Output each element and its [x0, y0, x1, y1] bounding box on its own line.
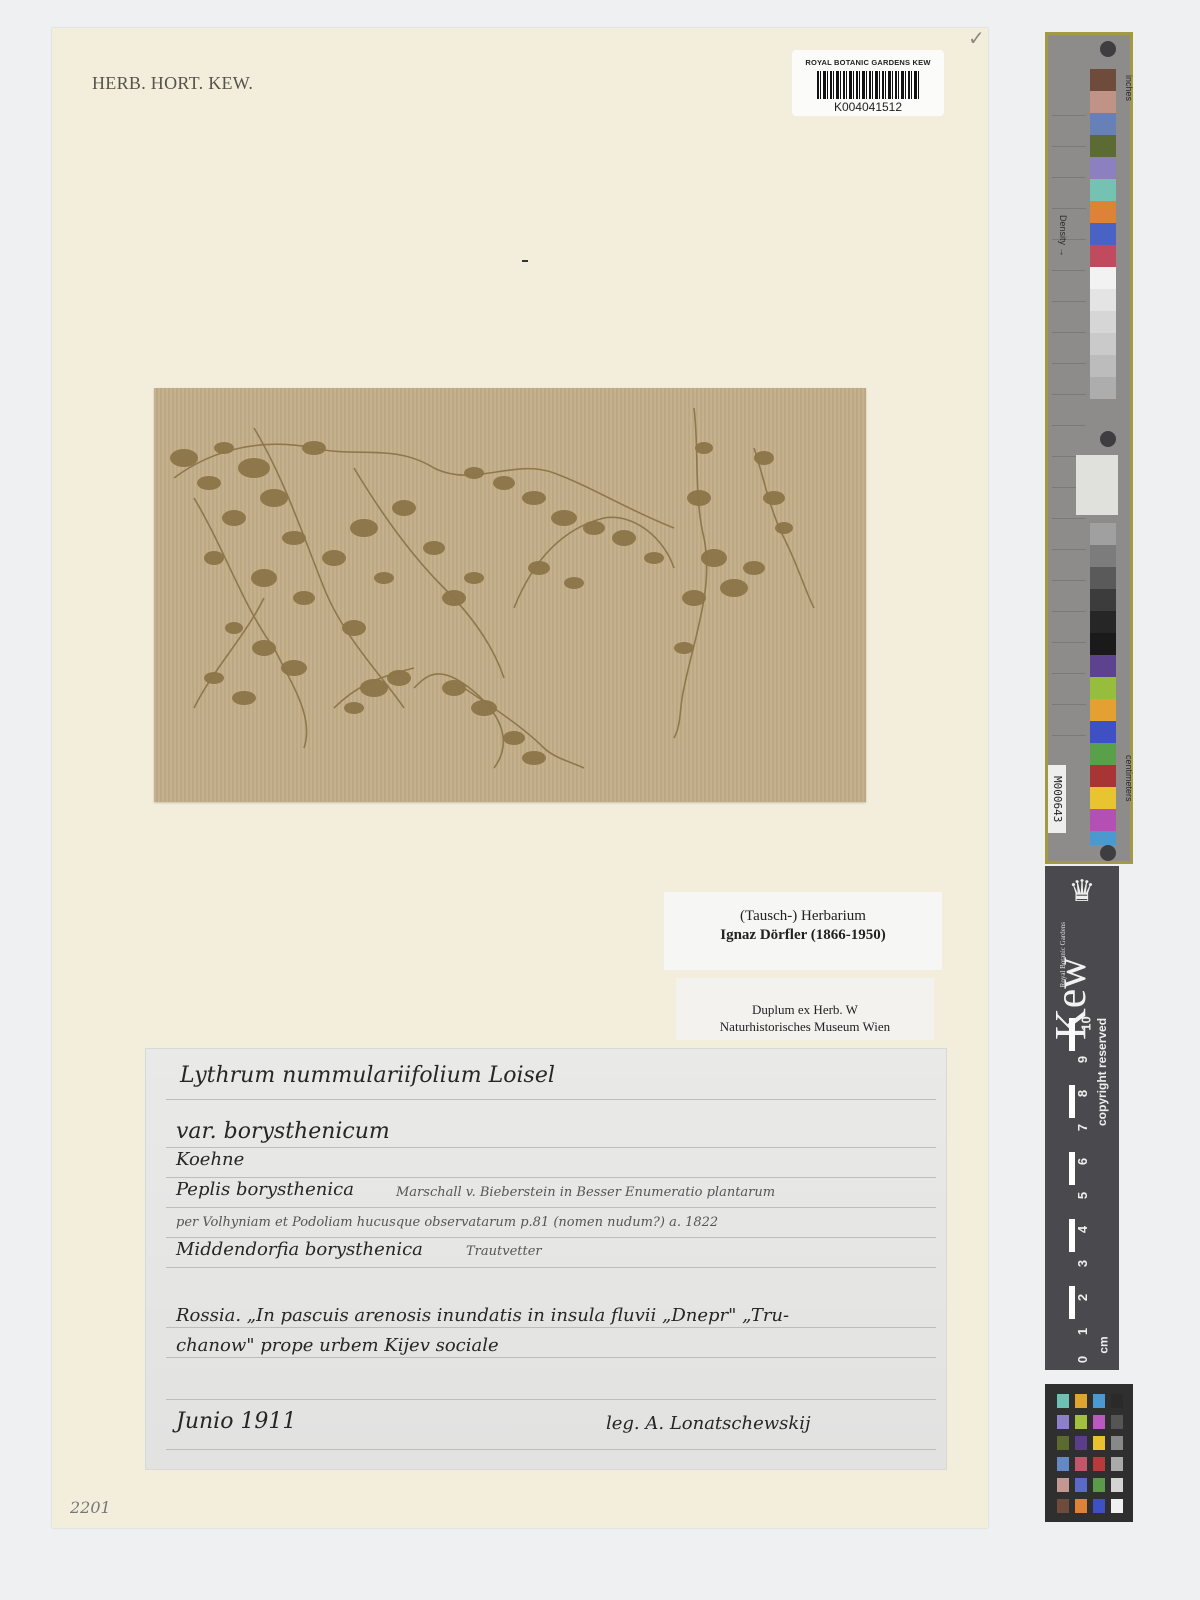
color-swatch	[1090, 113, 1116, 135]
copyright-text: copyright reserved	[1095, 996, 1109, 1126]
scale-hole-middle	[1100, 431, 1116, 447]
checker-swatch	[1111, 1415, 1123, 1429]
ruler-tick-7: 7	[1075, 1124, 1090, 1131]
gray-swatch	[1090, 589, 1116, 611]
checker-swatch	[1075, 1499, 1087, 1513]
synonym-1-citation-cont: per Volhyniam et Podoliam hucusque obser…	[176, 1215, 718, 1230]
resolution-target	[1076, 455, 1118, 515]
pencil-mark	[522, 260, 528, 262]
gray-swatch	[1090, 311, 1116, 333]
gray-swatch	[1090, 611, 1116, 633]
color-swatch	[1090, 699, 1116, 721]
synonym-2-author: Trautvetter	[466, 1244, 542, 1259]
ruled-line	[166, 1207, 936, 1208]
ruler-bar	[1069, 1152, 1075, 1185]
ruler-bar	[1069, 1219, 1075, 1252]
checker-swatch	[1111, 1394, 1123, 1408]
checkmark-icon: ✓	[968, 26, 985, 50]
color-swatch	[1090, 787, 1116, 809]
ruler-tick-6: 6	[1075, 1158, 1090, 1165]
scale-gridlines	[1052, 85, 1086, 765]
scale-code: M000643	[1048, 765, 1066, 833]
checker-swatch	[1075, 1436, 1087, 1450]
color-swatch	[1090, 677, 1116, 699]
ruled-line	[166, 1357, 936, 1358]
ruled-line	[166, 1449, 936, 1450]
gray-swatch	[1090, 633, 1116, 655]
barcode-number: K004041512	[792, 100, 944, 114]
herbarium-header: HERB. HORT. KEW.	[92, 73, 253, 94]
density-label: Density →	[1058, 215, 1068, 257]
ruler-bar	[1069, 1018, 1075, 1051]
ruler-bar	[1069, 1286, 1075, 1319]
scale-hole-bottom	[1100, 845, 1116, 861]
collection-date: Junio 1911	[176, 1409, 296, 1434]
color-swatch	[1090, 245, 1116, 267]
locality-line1: Rossia. „In pascuis arenosis inundatis i…	[176, 1305, 789, 1326]
tausch-herbarium-label: (Tausch-) Herbarium Ignaz Dörfler (1866-…	[664, 892, 942, 970]
ruled-line	[166, 1237, 936, 1238]
ruler-tick-0: 0	[1075, 1356, 1090, 1363]
color-swatch	[1090, 179, 1116, 201]
ruled-line	[166, 1147, 936, 1148]
ruler-tick-5: 5	[1075, 1192, 1090, 1199]
ruler-tick-8: 8	[1075, 1090, 1090, 1097]
taxon-name: Lythrum nummulariifolium Loisel	[180, 1063, 555, 1088]
ruler-tick-4: 4	[1075, 1226, 1090, 1233]
gray-swatch	[1090, 289, 1116, 311]
color-checker	[1045, 1384, 1133, 1522]
duplum-label-line1: Duplum ex Herb. W	[676, 1002, 934, 1018]
ruler-tick-9: 9	[1075, 1056, 1090, 1063]
checker-swatch	[1093, 1457, 1105, 1471]
scale-hole-top	[1100, 41, 1116, 57]
checker-swatch	[1075, 1394, 1087, 1408]
gray-swatch	[1090, 567, 1116, 589]
color-swatch	[1090, 157, 1116, 179]
checker-swatch	[1057, 1394, 1069, 1408]
checker-swatch	[1093, 1415, 1105, 1429]
handwritten-determination-label: Lythrum nummulariifolium Loisel var. bor…	[145, 1048, 947, 1470]
ruler-tick-2: 2	[1075, 1294, 1090, 1301]
checker-swatch	[1111, 1436, 1123, 1450]
ruled-line	[166, 1267, 936, 1268]
accession-number: 2201	[70, 1498, 111, 1517]
variety-name: var. borysthenicum	[176, 1119, 390, 1144]
checker-swatch	[1057, 1436, 1069, 1450]
collector: leg. A. Lonatschewskij	[606, 1413, 811, 1434]
inches-label: inches	[1124, 75, 1134, 101]
checker-swatch	[1057, 1457, 1069, 1471]
ruler-tick-3: 3	[1075, 1260, 1090, 1267]
tausch-label-line1: (Tausch-) Herbarium	[664, 908, 942, 925]
gray-swatch	[1090, 333, 1116, 355]
ruler-bar	[1069, 1085, 1075, 1118]
ruled-line	[166, 1177, 936, 1178]
color-swatch	[1090, 721, 1116, 743]
specimen-card	[154, 388, 866, 802]
royal-crest-icon: ♛	[1059, 872, 1105, 912]
color-swatch	[1090, 743, 1116, 765]
ruled-line	[166, 1399, 936, 1400]
color-swatch	[1090, 201, 1116, 223]
checker-swatch	[1075, 1457, 1087, 1471]
gray-swatch	[1090, 545, 1116, 567]
tausch-label-line2: Ignaz Dörfler (1866-1950)	[664, 927, 942, 944]
checker-swatch	[1075, 1415, 1087, 1429]
locality-line2: chanow" prope urbem Kijev sociale	[176, 1335, 499, 1356]
ruler-tick-10: 10	[1079, 1016, 1094, 1030]
color-swatch	[1090, 765, 1116, 787]
checker-swatch	[1057, 1499, 1069, 1513]
gray-swatch	[1090, 377, 1116, 399]
checker-swatch	[1093, 1499, 1105, 1513]
color-swatch	[1090, 809, 1116, 831]
checker-swatch	[1111, 1499, 1123, 1513]
dried-plant-specimen	[154, 388, 866, 802]
checker-swatch	[1093, 1394, 1105, 1408]
synonym-1-citation: Marschall v. Bieberstein in Besser Enume…	[396, 1185, 775, 1200]
color-swatch	[1090, 831, 1116, 845]
barcode-organization: ROYAL BOTANIC GARDENS KEW	[792, 58, 944, 67]
checker-swatch	[1093, 1478, 1105, 1492]
centimeters-label: centimeters	[1124, 755, 1134, 802]
cm-unit-label: cm	[1097, 1336, 1111, 1353]
checker-swatch	[1057, 1415, 1069, 1429]
color-calibration-scale: inches centimeters Density → M000643	[1045, 32, 1133, 864]
kew-ruler: ♛ Royal Botanic Gardens Kew copyright re…	[1045, 866, 1119, 1370]
gray-swatch	[1090, 355, 1116, 377]
color-swatch	[1090, 223, 1116, 245]
checker-swatch	[1093, 1436, 1105, 1450]
color-swatch	[1090, 655, 1116, 677]
synonym-2: Middendorfia borysthenica	[176, 1239, 423, 1260]
ruled-line	[166, 1327, 936, 1328]
ruler-tick-1: 1	[1075, 1328, 1090, 1335]
ruled-line	[166, 1099, 936, 1100]
color-swatch	[1090, 91, 1116, 113]
color-swatch	[1090, 69, 1116, 91]
duplum-label: Duplum ex Herb. W Naturhistorisches Muse…	[676, 978, 934, 1040]
color-swatch	[1090, 135, 1116, 157]
duplum-label-line2: Naturhistorisches Museum Wien	[676, 1019, 934, 1035]
checker-swatch	[1057, 1478, 1069, 1492]
gray-swatch	[1090, 523, 1116, 545]
checker-swatch	[1111, 1457, 1123, 1471]
herbarium-sheet: HERB. HORT. KEW. ✓ ROYAL BOTANIC GARDENS…	[52, 28, 988, 1528]
barcode-icon	[817, 71, 919, 99]
barcode-label: ROYAL BOTANIC GARDENS KEW K004041512	[792, 50, 944, 116]
checker-swatch	[1111, 1478, 1123, 1492]
gray-swatch	[1090, 267, 1116, 289]
variety-author: Koehne	[176, 1149, 244, 1170]
synonym-1: Peplis borysthenica	[176, 1179, 354, 1200]
checker-swatch	[1075, 1478, 1087, 1492]
